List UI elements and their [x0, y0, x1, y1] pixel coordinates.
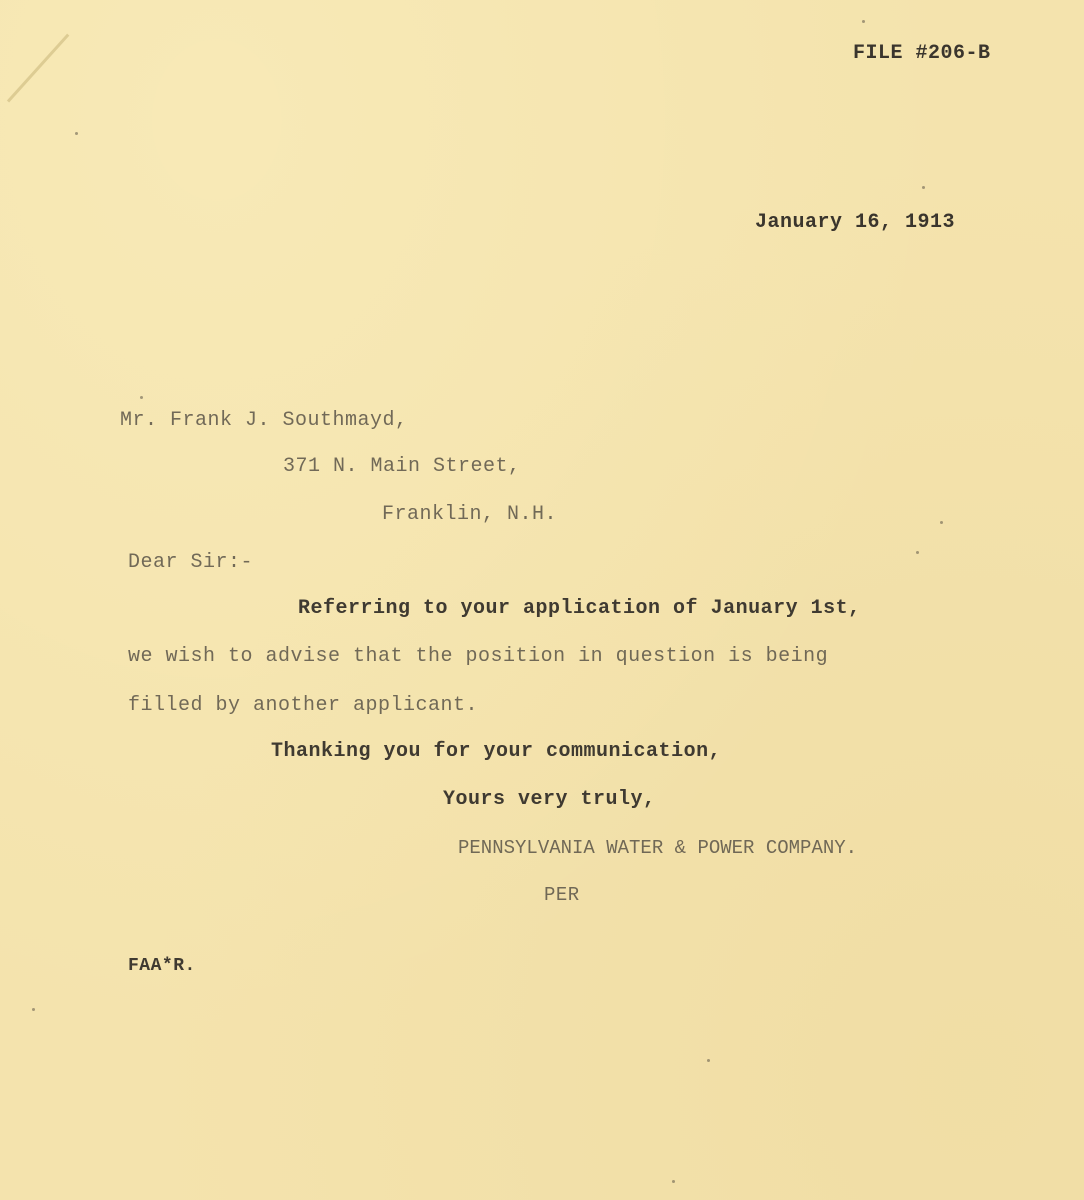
paper-speck — [940, 521, 943, 524]
recipient-city: Franklin, N.H. — [382, 503, 557, 526]
recipient-name: Mr. Frank J. Southmayd, — [120, 409, 408, 432]
body-line-3: filled by another applicant. — [128, 694, 478, 717]
paper-crease — [7, 34, 69, 103]
paper-speck — [32, 1008, 35, 1011]
letter-page: FILE #206-B January 16, 1913 Mr. Frank J… — [0, 0, 1084, 1200]
paper-speck — [75, 132, 78, 135]
body-line-1: Referring to your application of January… — [298, 597, 861, 620]
paper-speck — [916, 551, 919, 554]
body-line-2: we wish to advise that the position in q… — [128, 645, 828, 668]
company-signature: PENNSYLVANIA WATER & POWER COMPANY. — [458, 837, 857, 859]
paper-speck — [922, 186, 925, 189]
typist-initials: FAA*R. — [128, 956, 196, 976]
per-line: PER — [544, 884, 580, 906]
file-reference: FILE #206-B — [853, 42, 991, 65]
paper-speck — [672, 1180, 675, 1183]
letter-date: January 16, 1913 — [755, 211, 955, 234]
paper-speck — [140, 396, 143, 399]
paper-speck — [862, 20, 865, 23]
salutation: Dear Sir:- — [128, 551, 253, 574]
complimentary-close: Yours very truly, — [443, 788, 656, 811]
recipient-street: 371 N. Main Street, — [283, 455, 521, 478]
paper-speck — [707, 1059, 710, 1062]
closing-line: Thanking you for your communication, — [271, 740, 721, 763]
